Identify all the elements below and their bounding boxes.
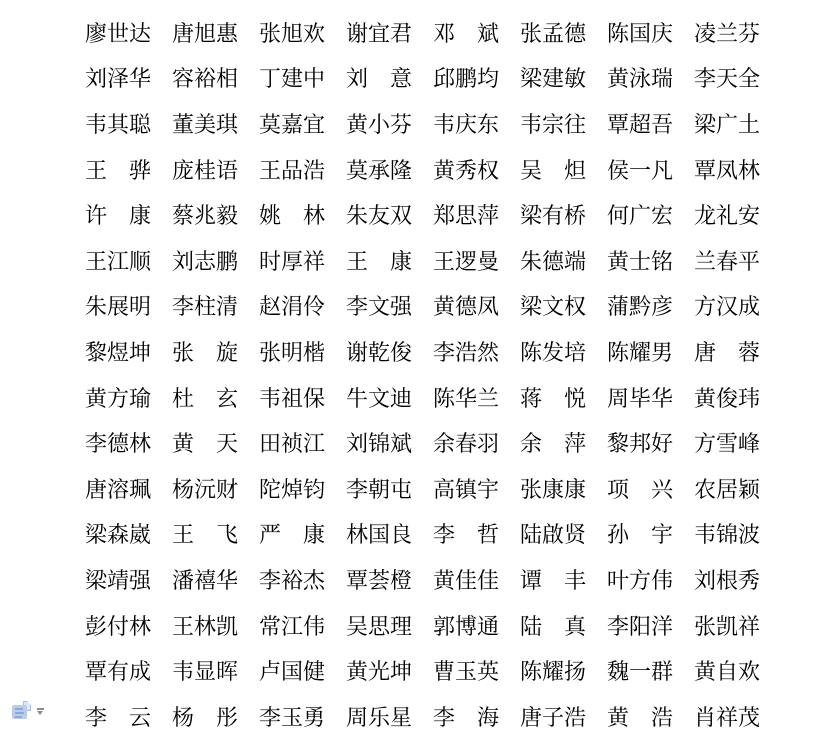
name-cell: 邱鹏均: [433, 68, 499, 90]
name-cell: 余 萍: [520, 433, 586, 455]
name-row: 梁靖强潘禧华李裕杰覃荟橙黄佳佳谭 丰叶方伟刘根秀: [0, 558, 760, 604]
name-cell: 覃超吾: [607, 114, 673, 136]
name-cell: 黄德凤: [433, 296, 499, 318]
name-cell: 许 康: [85, 205, 151, 227]
name-row: 梁森崴王 飞严 康林国良李 哲陆啟贤孙 宇韦锦波: [0, 513, 760, 559]
name-cell: 吴 炟: [520, 160, 586, 182]
name-cell: 方雪峰: [694, 433, 760, 455]
name-cell: 刘志鹏: [172, 251, 238, 273]
name-cell: 朱德端: [520, 251, 586, 273]
name-cell: 周毕华: [607, 388, 673, 410]
name-cell: 韦显晖: [172, 661, 238, 683]
name-row: 李 云杨 彤李玉勇周乐星李 海唐子浩黄 浩肖祥茂: [0, 695, 760, 741]
name-row: 廖世达唐旭惠张旭欢谢宜君邓 斌张孟德陈国庆凌兰芬: [0, 11, 760, 57]
name-cell: 张康康: [520, 479, 586, 501]
name-row: 李德林黄 天田祯江刘锦斌余春羽余 萍黎邦好方雪峰: [0, 421, 760, 467]
name-cell: 潘禧华: [172, 570, 238, 592]
name-cell: 时厚祥: [259, 251, 325, 273]
name-cell: 刘泽华: [85, 68, 151, 90]
name-cell: 黄 浩: [607, 707, 673, 729]
name-cell: 唐溶珮: [85, 479, 151, 501]
name-cell: 韦锦波: [694, 524, 760, 546]
name-cell: 凌兰芬: [694, 23, 760, 45]
name-cell: 张 旋: [172, 342, 238, 364]
name-cell: 王江顺: [85, 251, 151, 273]
name-cell: 刘 意: [346, 68, 412, 90]
name-cell: 朱友双: [346, 205, 412, 227]
name-cell: 黄 天: [172, 433, 238, 455]
name-cell: 肖祥茂: [694, 707, 760, 729]
name-cell: 李玉勇: [259, 707, 325, 729]
name-cell: 常江伟: [259, 616, 325, 638]
name-cell: 陈华兰: [433, 388, 499, 410]
name-cell: 丁建中: [259, 68, 325, 90]
name-row: 黄方瑜杜 玄韦祖保牛文迪陈华兰蒋 悦周毕华黄俊玮: [0, 376, 760, 422]
name-cell: 王品浩: [259, 160, 325, 182]
name-row: 覃有成韦显晖卢国健黄光坤曹玉英陈耀扬魏一群黄自欢: [0, 649, 760, 695]
name-cell: 张凯祥: [694, 616, 760, 638]
name-cell: 彭付林: [85, 616, 151, 638]
name-cell: 王林凯: [172, 616, 238, 638]
name-cell: 杨沅财: [172, 479, 238, 501]
name-cell: 邓 斌: [433, 23, 499, 45]
name-cell: 李 哲: [433, 524, 499, 546]
name-cell: 陈国庆: [607, 23, 673, 45]
name-row: 王江顺刘志鹏时厚祥王 康王逻曼朱德端黄士铭兰春平: [0, 239, 760, 285]
name-cell: 郑思萍: [433, 205, 499, 227]
name-cell: 陆 真: [520, 616, 586, 638]
name-cell: 李阳洋: [607, 616, 673, 638]
name-cell: 梁有桥: [520, 205, 586, 227]
name-cell: 陀焯钧: [259, 479, 325, 501]
name-cell: 陈发培: [520, 342, 586, 364]
name-cell: 周乐星: [346, 707, 412, 729]
name-cell: 覃荟橙: [346, 570, 412, 592]
name-cell: 蒲黔彦: [607, 296, 673, 318]
name-cell: 张明楷: [259, 342, 325, 364]
name-cell: 梁建敏: [520, 68, 586, 90]
name-cell: 王 飞: [172, 524, 238, 546]
name-cell: 唐 蓉: [694, 342, 760, 364]
paste-options-button[interactable]: [12, 699, 48, 723]
name-cell: 余春羽: [433, 433, 499, 455]
name-cell: 方汉成: [694, 296, 760, 318]
name-cell: 韦庆东: [433, 114, 499, 136]
name-row: 许 康蔡兆毅姚 林朱友双郑思萍梁有桥何广宏龙礼安: [0, 193, 760, 239]
name-table: 廖世达唐旭惠张旭欢谢宜君邓 斌张孟德陈国庆凌兰芬刘泽华容裕相丁建中刘 意邱鹏均梁…: [0, 11, 760, 741]
name-cell: 蒋 悦: [520, 388, 586, 410]
name-cell: 叶方伟: [607, 570, 673, 592]
name-cell: 侯一凡: [607, 160, 673, 182]
name-cell: 容裕相: [172, 68, 238, 90]
name-cell: 魏一群: [607, 661, 673, 683]
name-cell: 覃有成: [85, 661, 151, 683]
name-cell: 廖世达: [85, 23, 151, 45]
name-cell: 赵涓伶: [259, 296, 325, 318]
name-cell: 姚 林: [259, 205, 325, 227]
name-cell: 韦宗往: [520, 114, 586, 136]
name-cell: 黄自欢: [694, 661, 760, 683]
name-cell: 韦其聪: [85, 114, 151, 136]
name-cell: 陈耀男: [607, 342, 673, 364]
name-cell: 陈耀扬: [520, 661, 586, 683]
name-cell: 谭 丰: [520, 570, 586, 592]
name-cell: 张孟德: [520, 23, 586, 45]
name-cell: 黄秀权: [433, 160, 499, 182]
name-cell: 项 兴: [607, 479, 673, 501]
name-cell: 郭博通: [433, 616, 499, 638]
name-cell: 梁森崴: [85, 524, 151, 546]
paste-clipboard-icon: [12, 701, 31, 721]
name-cell: 农居颖: [694, 479, 760, 501]
name-cell: 李柱清: [172, 296, 238, 318]
name-cell: 张旭欢: [259, 23, 325, 45]
name-row: 朱展明李柱清赵涓伶李文强黄德凤梁文权蒲黔彦方汉成: [0, 285, 760, 331]
name-cell: 陆啟贤: [520, 524, 586, 546]
name-cell: 林国良: [346, 524, 412, 546]
name-cell: 莫承隆: [346, 160, 412, 182]
name-cell: 李浩然: [433, 342, 499, 364]
name-cell: 田祯江: [259, 433, 325, 455]
document-page: 廖世达唐旭惠张旭欢谢宜君邓 斌张孟德陈国庆凌兰芬刘泽华容裕相丁建中刘 意邱鹏均梁…: [0, 0, 820, 747]
name-cell: 黎煜坤: [85, 342, 151, 364]
name-cell: 曹玉英: [433, 661, 499, 683]
name-cell: 兰春平: [694, 251, 760, 273]
name-cell: 黎邦好: [607, 433, 673, 455]
name-cell: 严 康: [259, 524, 325, 546]
name-cell: 李 云: [85, 707, 151, 729]
name-cell: 董美琪: [172, 114, 238, 136]
name-row: 彭付林王林凯常江伟吴思理郭博通陆 真李阳洋张凯祥: [0, 604, 760, 650]
name-cell: 李 海: [433, 707, 499, 729]
name-cell: 牛文迪: [346, 388, 412, 410]
name-cell: 王 康: [346, 251, 412, 273]
name-cell: 唐子浩: [520, 707, 586, 729]
name-cell: 黄佳佳: [433, 570, 499, 592]
name-cell: 黄士铭: [607, 251, 673, 273]
name-cell: 杜 玄: [172, 388, 238, 410]
name-cell: 刘锦斌: [346, 433, 412, 455]
name-cell: 高镇宇: [433, 479, 499, 501]
name-cell: 王逻曼: [433, 251, 499, 273]
name-cell: 李裕杰: [259, 570, 325, 592]
name-cell: 唐旭惠: [172, 23, 238, 45]
name-cell: 黄光坤: [346, 661, 412, 683]
name-cell: 孙 宇: [607, 524, 673, 546]
name-cell: 朱展明: [85, 296, 151, 318]
name-row: 刘泽华容裕相丁建中刘 意邱鹏均梁建敏黄泳瑞李天全: [0, 57, 760, 103]
name-cell: 韦祖保: [259, 388, 325, 410]
name-cell: 吴思理: [346, 616, 412, 638]
name-cell: 蔡兆毅: [172, 205, 238, 227]
name-row: 唐溶珮杨沅财陀焯钧李朝屯高镇宇张康康项 兴农居颖: [0, 467, 760, 513]
name-row: 韦其聪董美琪莫嘉宜黄小芬韦庆东韦宗往覃超吾梁广土: [0, 102, 760, 148]
name-cell: 庞桂语: [172, 160, 238, 182]
name-cell: 黄小芬: [346, 114, 412, 136]
name-cell: 龙礼安: [694, 205, 760, 227]
name-cell: 刘根秀: [694, 570, 760, 592]
name-cell: 李天全: [694, 68, 760, 90]
name-cell: 谢乾俊: [346, 342, 412, 364]
name-cell: 黄方瑜: [85, 388, 151, 410]
name-cell: 李文强: [346, 296, 412, 318]
name-cell: 何广宏: [607, 205, 673, 227]
name-cell: 王 骅: [85, 160, 151, 182]
dropdown-arrow-icon[interactable]: [36, 707, 45, 715]
name-cell: 覃凤林: [694, 160, 760, 182]
name-cell: 黄俊玮: [694, 388, 760, 410]
name-cell: 谢宜君: [346, 23, 412, 45]
name-cell: 李朝屯: [346, 479, 412, 501]
name-row: 王 骅庞桂语王品浩莫承隆黄秀权吴 炟侯一凡覃凤林: [0, 148, 760, 194]
name-cell: 梁文权: [520, 296, 586, 318]
name-cell: 杨 彤: [172, 707, 238, 729]
name-cell: 梁靖强: [85, 570, 151, 592]
name-cell: 黄泳瑞: [607, 68, 673, 90]
name-cell: 莫嘉宜: [259, 114, 325, 136]
name-row: 黎煜坤张 旋张明楷谢乾俊李浩然陈发培陈耀男唐 蓉: [0, 330, 760, 376]
name-cell: 卢国健: [259, 661, 325, 683]
name-cell: 梁广土: [694, 114, 760, 136]
name-cell: 李德林: [85, 433, 151, 455]
